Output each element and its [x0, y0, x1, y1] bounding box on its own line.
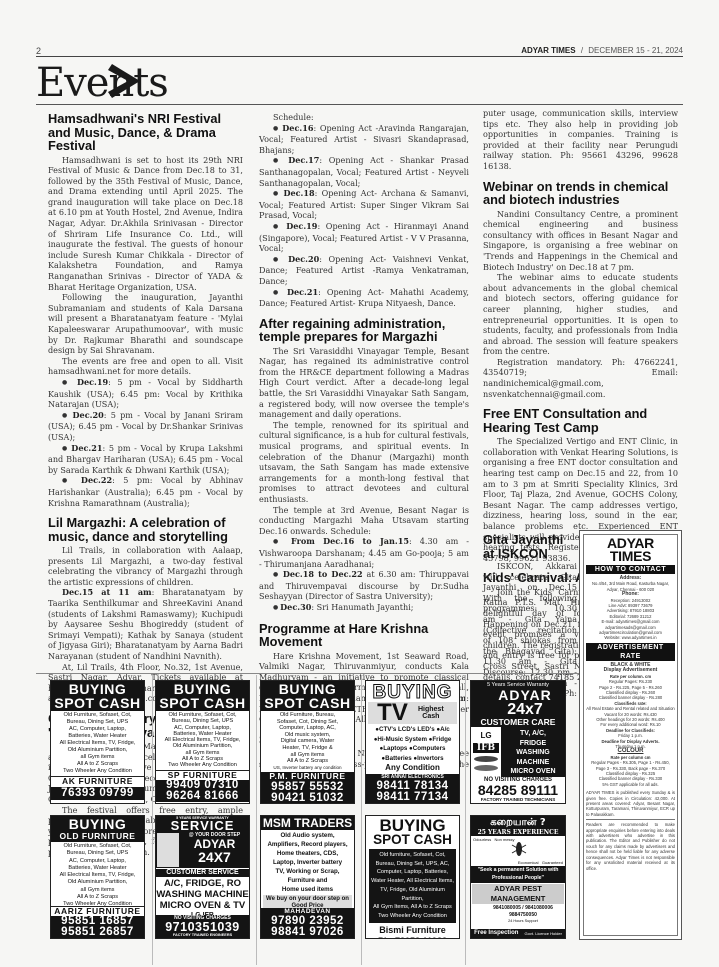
ad-phone: 84285 89111 [471, 784, 565, 797]
ad-phone: 95851 26857 [51, 927, 144, 938]
ad-condition: Any Condition [366, 764, 459, 772]
ad-line: Home used items [263, 885, 352, 894]
ad-headline: SPOT CASH [261, 696, 354, 710]
article-temple: After regaining administration, temple p… [259, 317, 469, 614]
schedule-item: Dec.20: Opening Act- Vaishnevi Venkat, D… [259, 254, 469, 287]
ad-line: MACHINE [501, 758, 565, 768]
ad-footer-text: Free Inspection [474, 929, 518, 938]
article-paragraph: The Sri Varasiddhi Vinayagar Temple, Bes… [259, 346, 469, 420]
ad-line: ●Laptops ●Computers [368, 744, 457, 754]
schedule-date: Dec.18 [283, 188, 314, 198]
article-paragraph: Following the inauguration, Jayanthi Sub… [48, 292, 243, 356]
article-paragraph: The webinar aims to educate students abo… [483, 272, 678, 357]
ad-line: all Gym items [263, 752, 352, 759]
ad-phone: 98411 77134 [366, 792, 459, 803]
feature-label: Odourless [473, 837, 491, 865]
ad-line: ●Hi-Music System ●Fridge [368, 735, 457, 745]
ad-line: Bureau, Dining Set, UPS [53, 719, 142, 726]
masthead-separator: / [581, 46, 583, 55]
ad-footer: FACTORY TRAINED TECHNICIANS [471, 797, 565, 803]
ad-items: Old Furniture, Bureau,Sofaset, Cot, Dini… [261, 711, 354, 772]
ad-phones: 9841080005 / 9841080006 9884750050 24 Ho… [471, 905, 565, 925]
ad-line: Furniture and [263, 876, 352, 885]
masthead: ADYAR TIMES / DECEMBER 15 - 21, 2024 [521, 46, 683, 55]
how-to-contact-heading: HOW TO CONTACT [586, 565, 675, 574]
ad-line: Old Aluminium Partition, [53, 747, 142, 754]
ad-footer: Free Inspection Govt. Licence Holder [471, 929, 565, 938]
ad-line: ●CTV's LCD's LED's ●A/c [368, 725, 457, 735]
ad-bismi-furniture[interactable]: BUYING SPOT CASH Old furniture, Sofaset,… [365, 815, 460, 939]
publish-note: ADYAR TIMES is published every Sunday & … [586, 790, 675, 817]
ad-headline: TV [377, 702, 408, 724]
ad-headline: BUYING [366, 816, 459, 833]
article-paragraph: Registration mandatory. Ph: 47662241, 43… [483, 357, 678, 399]
ad-line: Old music system, [263, 732, 352, 739]
schedule-item: Dec.19: 5 pm - Vocal by Siddharth Kaushi… [48, 377, 243, 410]
ad-headline: SPOT CASH [156, 696, 249, 710]
ad-line: All Electrical Items, TV, Fridge, [53, 740, 142, 747]
colour-line: Regular Pages - Rs.305, Page 1 - Rs.450, [586, 760, 675, 765]
issue-date: DECEMBER 15 - 21, 2024 [588, 46, 683, 55]
ad-footer: MAHADEVAN 97890 23952 98841 97026 [261, 908, 354, 938]
article-paragraph: Dec.15 at 11 am: Bharatanatyam by Taarik… [48, 587, 243, 661]
ad-headline: CUSTOMER CARE [471, 717, 565, 727]
schedule-item: Dec.20: 5 pm - Vocal by Janani Sriram (U… [48, 410, 243, 443]
technician-image [157, 833, 179, 867]
ad-line: A/C, FRIDGE, RO [156, 878, 249, 889]
schedule-item: Dec.19: Opening Act - Hiranmayi Anand (S… [259, 221, 469, 254]
ad-footer: P.M. FURNITURE 95857 55532 90421 51032 [261, 772, 354, 804]
ad-line: Batteries, Water Heater [53, 865, 142, 872]
ad-phone: 96264 81666 [156, 791, 249, 802]
ad-line: Two Wheeler Any Condition [158, 762, 247, 768]
ad-msm-traders[interactable]: MSM TRADERS Old Audio system,Amplifiers,… [260, 815, 355, 939]
ad-items: Old furniture, Sofaset, Cot,Bureau, Dini… [369, 849, 456, 923]
ad-phone: 76393 09799 [51, 787, 144, 800]
ad-line: Old Aluminium Partition, [53, 879, 142, 886]
omr-schedule: Schedule: Dec.16: Opening Act -Aravinda … [259, 112, 469, 309]
ad-items: Old Furniture, Sofaset, Cot,Bureau, Dini… [51, 711, 144, 776]
ad-tagline: Highest Cash [414, 706, 448, 720]
article-title: Hamsadhwani's NRI Festival and Music, Da… [48, 112, 243, 153]
ad-adyar-pest-management[interactable]: கறையான் ? 25 YEARS EXPERIENCE Odourless … [470, 815, 566, 939]
ad-line: WASHING [501, 748, 565, 758]
section-title: Events [36, 58, 168, 108]
ads-rule [36, 673, 579, 674]
column-2: Schedule: Dec.16: Opening Act -Aravinda … [259, 112, 469, 769]
ad-line: Old Audio system, [263, 831, 352, 840]
ad-headline: OLD FURNITURE [51, 831, 144, 841]
ad-business-name: AK FURNITURE [51, 776, 144, 787]
schedule-date: Dec.20 [288, 254, 319, 264]
colour-line: 5% GST applicable for all ads. [586, 782, 675, 787]
ad-footer: SRI ANNAI ELECTRONICS 98411 78134 98411 … [366, 774, 459, 803]
ad-aariz-furniture[interactable]: BUYING OLD FURNITURE Old Furniture, Sofa… [50, 815, 145, 939]
ad-phone: 9710351039 [156, 921, 249, 933]
ad-line: Old furniture, Sofaset, Cot, [370, 851, 455, 860]
ad-line: all Gym items [53, 754, 142, 761]
schedule-date: Dec.21 [287, 287, 318, 297]
ad-header: BUYING SPOT CASH [51, 681, 144, 711]
ad-line: TV, A/C, [501, 729, 565, 739]
feature-label: Guaranteed [542, 860, 563, 865]
ad-divider [361, 675, 362, 965]
ad-line: All Electrical Items, TV, Fridge, [53, 872, 142, 879]
brand-ifb: IFB [473, 743, 499, 753]
ad-phone: 9841080005 / 9841080006 [481, 905, 565, 912]
ad-line: Batteries, Water Heater [53, 733, 142, 740]
ad-items: Old Audio system,Amplifiers, Record play… [261, 830, 354, 895]
article-paragraph: Hamsadhwani is set to host its 29th NRI … [48, 155, 243, 293]
ad-business-name: ADYAR PEST MANAGEMENT [472, 884, 564, 904]
schedule-date: From Dec.16 to Jan.15 [291, 536, 409, 546]
schedule-item: Dec.17: Opening Act - Shankar Prasad San… [259, 155, 469, 188]
website-link[interactable]: Website: www.adyartimes.in [586, 635, 675, 640]
ad-line: Amplifiers, Record players, [263, 840, 352, 849]
article-title: After regaining administration, temple p… [259, 317, 469, 344]
schedule-date: Dec.19 [77, 377, 108, 387]
event-time: Dec.15 at 11 am [62, 587, 152, 597]
article-paragraph: The temple at 3rd Avenue, Besant Nagar i… [259, 505, 469, 537]
ad-phone: 98841 97026 [261, 927, 354, 938]
contact-box: ADYAR TIMES HOW TO CONTACT Address: No.4… [579, 530, 682, 940]
ad-header-row: @ YOUR DOOR STEP ADYAR 24X7 [156, 832, 249, 868]
ad-sp-furniture[interactable]: BUYING SPOT CASH Old Furniture, Sofaset,… [155, 680, 250, 804]
ad-line: All Gym Items, All A to Z Scraps [370, 903, 455, 912]
ad-footer: AARIZ FURNITURE 95851 16857 95851 26857 [51, 906, 144, 939]
brand-lg: LG [471, 731, 501, 740]
article-title: Lil Margazhi: A celebration of music, da… [48, 516, 243, 543]
ad-line: Computer, Laptop, Batteries, [370, 868, 455, 877]
event-details: : Bharatanatyam by Taarika Senthilkumar … [48, 587, 243, 661]
header-rule [36, 56, 683, 57]
classified-line: All Real Estate and Rental related and S… [586, 706, 675, 717]
article-lil-margazhi: Lil Margazhi: A celebration of music, da… [48, 516, 243, 704]
ad-headline: 25 YEARS EXPERIENCE [471, 829, 565, 836]
ad-divider [152, 675, 153, 965]
schedule-item: Dec.18 to Dec.22 at 6.30 am: Thiruppavai… [259, 569, 469, 602]
article-hamsadhwani: Hamsadhwani's NRI Festival and Music, Da… [48, 112, 243, 508]
ad-line: Laptop, Inverter battery [263, 858, 352, 867]
ad-line: Heater, TV, Fridge & [263, 745, 352, 752]
ad-line: all Gym items [53, 887, 142, 894]
ad-line: AC, Computer, Laptop, [53, 858, 142, 865]
schedule-date: Dec.19 [286, 221, 317, 231]
article-title: Webinar on trends in chemical and biotec… [483, 180, 678, 207]
section-rule [36, 104, 683, 105]
ad-header: 5 Years Service Warranty ADYAR 24x7 CUST… [471, 681, 565, 727]
ad-items: Old Furniture, Sofaset, Cot,Bureau, Dini… [156, 711, 249, 770]
ad-header: BUYING SPOT CASH [261, 681, 354, 711]
schedule-date: Dec.20 [73, 410, 104, 420]
ad-tv-row: TV Highest Cash [368, 702, 457, 724]
ad-phone: 90421 51032 [261, 793, 354, 804]
rate-line: Classified banner display - Rs.280 [586, 695, 675, 700]
ad-phone: Ph: 73053 11983 [366, 936, 459, 939]
contact-box-inner: ADYAR TIMES HOW TO CONTACT Address: No.4… [583, 534, 678, 936]
ad-headline: BUYING [261, 682, 354, 696]
ad-items: ●CTV's LCD's LED's ●A/c●Hi-Music System … [366, 724, 459, 764]
schedule-item: Dec.18: Opening Act- Archana & Samanvi, … [259, 188, 469, 221]
schedule-item: Dec.22: 5 pm: Vocal by Abhinav Harishank… [48, 475, 243, 508]
disclaimer: Readers are recommended to make appropri… [586, 819, 675, 871]
schedule-date: Dec.18 to Dec.22 [283, 569, 363, 579]
schedule-item: Dec.16: Opening Act -Aravinda Rangarajan… [259, 123, 469, 156]
ad-brands: LG IFB [471, 727, 501, 777]
ad-line: MICRO OVEN & TV [156, 900, 249, 911]
ad-adyar-service[interactable]: 5 YEARS SERVICE WARRANTY SERVICE @ YOUR … [155, 815, 250, 939]
schedule-date: Dec.21 [71, 443, 102, 453]
ad-items: A/C, FRIDGE, RO WASHING MACHINE MICRO OV… [156, 877, 249, 911]
ad-quote: "Seek a permanent Solution with Professi… [471, 866, 565, 883]
ad-items: TV, A/C,FRIDGEWASHINGMACHINEMICRO OVEN [501, 727, 565, 777]
ad-divider [256, 675, 257, 965]
article-paragraph: The temple, renowned for its spiritual a… [259, 420, 469, 505]
ad-headline: BUYING [51, 682, 144, 696]
ad-headline: 24x7 [471, 702, 565, 717]
schedule-item: Dec.21: 5 pm - Vocal by Krupa Lakshmi an… [48, 443, 243, 476]
article-title: Free ENT Consultation and Hearing Test C… [483, 407, 678, 434]
schedule-text: : Sri Hanumath Jayanthi; [311, 602, 413, 612]
ad-line: Bureau, Dining Set, UPS, AC, [370, 860, 455, 869]
article-paragraph: Nandini Consultancy Centre, a prominent … [483, 209, 678, 273]
ad-line: WASHING MACHINE [156, 889, 249, 900]
ad-headline: BUYING [156, 682, 249, 696]
ad-ak-furniture[interactable]: BUYING SPOT CASH Old Furniture, Sofaset,… [50, 680, 145, 804]
ad-line: FRIDGE [501, 739, 565, 749]
schedule-date: Dec.16 [282, 123, 313, 133]
article-paragraph-continued: puter usage, communication skills, inter… [483, 108, 678, 172]
ad-line: Old Furniture, Sofaset, Cot, [53, 712, 142, 719]
ad-headline: SERVICE [156, 820, 249, 832]
ad-headline: BUYING [51, 817, 144, 831]
ad-line: Two Wheeler Any Condition [53, 768, 142, 775]
ad-line: Digital camera, Water [263, 738, 352, 745]
ad-headline: SPOT CASH [51, 696, 144, 710]
ad-line: Water Heater, All Electrical Items, [370, 877, 455, 886]
schedule-date: Dec.22 [81, 475, 112, 485]
schedule-date: Dec.30 [280, 602, 311, 612]
ad-body: LG IFB TV, A/C,FRIDGEWASHINGMACHINEMICRO… [471, 727, 565, 777]
ad-adyar-customer-care[interactable]: 5 Years Service Warranty ADYAR 24x7 CUST… [470, 680, 566, 804]
article-title: Gita Jayanthi at ISKCON [483, 533, 577, 560]
ad-line: All A to Z Scraps [53, 761, 142, 768]
ad-line: Bureau, Dining Set, UPS [53, 850, 142, 857]
ad-line: All A to Z Scraps [53, 894, 142, 901]
ad-rate-heading: ADVERTISEMENT RATE [586, 643, 675, 661]
ad-headline: SPOT CASH [366, 833, 459, 847]
article-webinar: Webinar on trends in chemical and biotec… [483, 180, 678, 400]
ad-line: TV, Fridge, Old Aluminium Partition, [370, 886, 455, 903]
ad-line: Computer, Laptop, AC, [263, 725, 352, 732]
ad-line: US, Inverter battery any condition [263, 765, 352, 772]
ad-business-name: Bismi Furniture [366, 925, 459, 936]
publication-name: ADYAR TIMES [521, 46, 575, 55]
logo: TIMES [586, 550, 675, 563]
schedule-item: From Dec.16 to Jan.15: 4.30 am - Vishwar… [259, 536, 469, 569]
article-title: Programme at Hare Krishna Movement [259, 622, 469, 649]
ad-line: MICRO OVEN [501, 767, 565, 777]
chevron-right-icon [108, 62, 142, 100]
ad-line: Sofaset, Cot, Dining Set, [263, 719, 352, 726]
ad-phones: 99409 07310 96264 81666 [156, 780, 249, 802]
ad-line: Home theaters, CDS, [263, 849, 352, 858]
schedule-item: Dec.21: Opening Act- Mahathi Academy, Da… [259, 287, 469, 309]
ad-headline: கறையான் ? [471, 816, 565, 829]
ad-headline: CUSTOMER SERVICE [156, 868, 249, 877]
schedule-date: Dec.17 [288, 155, 319, 165]
ad-features: Odourless Non messy Economical Guarantee… [471, 836, 565, 866]
ad-line: Old Furniture, Bureau, [263, 712, 352, 719]
ad-divider [465, 675, 466, 965]
schedule-text: : 5 pm: Vocal by Abhinav Harishankar (Au… [48, 475, 243, 507]
ad-line: All A to Z Scraps [263, 758, 352, 765]
article-paragraph: The events are free and open to all. Vis… [48, 356, 243, 377]
feature-label: Economical [518, 860, 539, 865]
ad-header: BUYING SPOT CASH [156, 681, 249, 711]
article-paragraph: Lil Trails, in collaboration with Aalaap… [48, 545, 243, 587]
ad-headline: 24X7 [180, 850, 249, 864]
schedule-label: Schedule: [259, 112, 469, 123]
ad-line: Old Furniture, Sofaset, Cot, [53, 843, 142, 850]
ad-items: Old Furniture, Sofaset, Cot,Bureau, Dini… [51, 842, 144, 910]
ad-line: TV, Working or Scrap, [263, 867, 352, 876]
ad-header: 5 YEARS SERVICE WARRANTY SERVICE @ YOUR … [156, 816, 249, 877]
termite-icon [509, 839, 529, 859]
ad-header: BUYING OLD FURNITURE [51, 816, 144, 842]
schedule-item: Dec.30: Sri Hanumath Jayanthi; [259, 602, 469, 614]
ad-sri-annai-electronics[interactable]: BUYING TV Highest Cash ●CTV's LCD's LED'… [365, 680, 460, 804]
ad-header: கறையான் ? 25 YEARS EXPERIENCE [471, 816, 565, 836]
ad-hours: 24 Hours Support [481, 918, 565, 925]
ad-footer-text: Govt. Licence Holder [525, 929, 562, 938]
ad-headline: MSM TRADERS [261, 816, 354, 830]
ad-pm-furniture[interactable]: BUYING SPOT CASH Old Furniture, Bureau,S… [260, 680, 355, 804]
ad-line: Two Wheeler Any Condition [370, 912, 455, 921]
ad-footer: NO VISITING CHARGES 9710351039 FACTORY T… [156, 915, 249, 938]
page-number: 2 [36, 46, 41, 56]
ad-line: ●Batteries ●Invertors [368, 754, 457, 764]
ad-line: AC, Computer, Laptop, [53, 726, 142, 733]
